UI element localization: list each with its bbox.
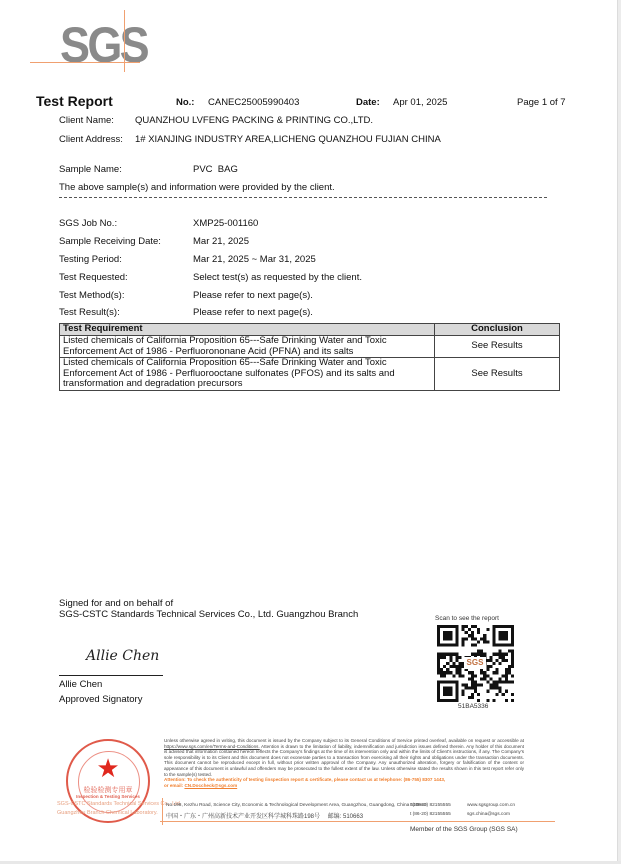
handwritten-signature: Allie Chen: [86, 648, 159, 664]
terms-link[interactable]: https://www.sgs.com/en/Terms-and-Conditi…: [164, 744, 260, 749]
detail-label: Sample Receiving Date:: [59, 236, 161, 247]
qr-code-id: 51BA5336: [458, 703, 488, 710]
lab-name-line2: Guangzhou Branch Chemical Laboratory.: [57, 810, 158, 816]
client-name-label: Client Name:: [59, 115, 114, 126]
detail-value: Mar 21, 2025 ~ Mar 31, 2025: [193, 254, 316, 265]
legal-disclaimer: Unless otherwise agreed in writing, this…: [164, 738, 524, 788]
detail-value: Please refer to next page(s).: [193, 307, 313, 318]
page-edge-right: [617, 0, 621, 864]
signature-line: [59, 675, 163, 676]
client-address-label: Client Address:: [59, 134, 123, 145]
detail-value: Please refer to next page(s).: [193, 290, 313, 301]
page-indicator: Page 1 of 7: [517, 97, 566, 108]
disclaimer-text-rest: Attention is drawn to the limitation of …: [164, 744, 524, 777]
telephone-2: t (86-20) 82155555: [410, 812, 451, 817]
dashed-separator: [59, 197, 547, 198]
signoff-line2: SGS-CSTC Standards Technical Services Co…: [59, 609, 358, 620]
detail-label: Test Result(s):: [59, 307, 120, 318]
detail-value: XMP25-001160: [193, 218, 258, 229]
detail-label: Test Requested:: [59, 272, 128, 283]
footer-horizontal-rule: [160, 821, 555, 822]
sample-name-label: Sample Name:: [59, 164, 122, 175]
header-test-requirement: Test Requirement: [60, 324, 435, 336]
client-address-value: 1# XIANJING INDUSTRY AREA,LICHENG QUANZH…: [135, 134, 441, 145]
report-date-label: Date:: [356, 97, 380, 108]
detail-label: Test Method(s):: [59, 290, 124, 301]
conclusion-cell: See Results: [435, 336, 560, 358]
disclaimer-text: Unless otherwise agreed in writing, this…: [164, 738, 524, 743]
logo-vertical-rule: [124, 10, 125, 72]
website-link[interactable]: www.sgsgroup.com.cn: [467, 803, 515, 808]
sample-note: The above sample(s) and information were…: [59, 182, 335, 193]
table-header-row: Test Requirement Conclusion: [60, 324, 560, 336]
report-date-value: Apr 01, 2025: [393, 97, 447, 108]
test-requirements-table: Test Requirement Conclusion Listed chemi…: [59, 323, 560, 391]
address-en: No.198, Kezhu Road, Science City, Econom…: [166, 803, 427, 808]
report-no-value: CANEC25005990403: [208, 97, 299, 108]
qr-sgs-logo: SGS: [464, 657, 486, 669]
sample-name-value: PVC BAG: [193, 164, 238, 175]
report-title: Test Report: [36, 93, 113, 109]
contact-email-link[interactable]: sgs.china@sgs.com: [467, 812, 510, 817]
star-icon: ★: [68, 755, 148, 781]
qr-caption: Scan to see the report: [435, 615, 499, 622]
header-conclusion: Conclusion: [435, 324, 560, 336]
detail-label: SGS Job No.:: [59, 218, 117, 229]
table-row: Listed chemicals of California Propositi…: [60, 336, 560, 358]
report-no-label: No.:: [176, 97, 194, 108]
doccheck-email-link[interactable]: CN.Doccheck@sgs.com: [184, 783, 237, 788]
signatory-name: Allie Chen: [59, 679, 102, 690]
member-statement: Member of the SGS Group (SGS SA): [410, 826, 518, 833]
conclusion-cell: See Results: [435, 358, 560, 391]
client-name-value: QUANZHOU LVFENG PACKING & PRINTING CO.,L…: [135, 115, 373, 126]
email-prefix: or email:: [164, 783, 183, 788]
requirement-cell: Listed chemicals of California Propositi…: [60, 358, 435, 391]
seal-en-title: Inspection & Testing Services: [68, 794, 148, 799]
signoff-line1: Signed for and on behalf of: [59, 598, 173, 609]
detail-value: Mar 21, 2025: [193, 236, 249, 247]
detail-label: Testing Period:: [59, 254, 122, 265]
detail-value: Select test(s) as requested by the clien…: [193, 272, 362, 283]
requirement-cell: Listed chemicals of California Propositi…: [60, 336, 435, 358]
authenticity-notice: Attention: To check the authenticity of …: [164, 777, 445, 782]
signatory-title: Approved Signatory: [59, 694, 142, 705]
address-cn: 中国・广东・广州高新技术产业开发区科学城科珠路198号 邮编: 510663: [166, 811, 363, 820]
table-row: Listed chemicals of California Propositi…: [60, 358, 560, 391]
telephone-1: t (86-20) 82155555: [410, 803, 451, 808]
sgs-logo: SGS: [58, 12, 153, 68]
